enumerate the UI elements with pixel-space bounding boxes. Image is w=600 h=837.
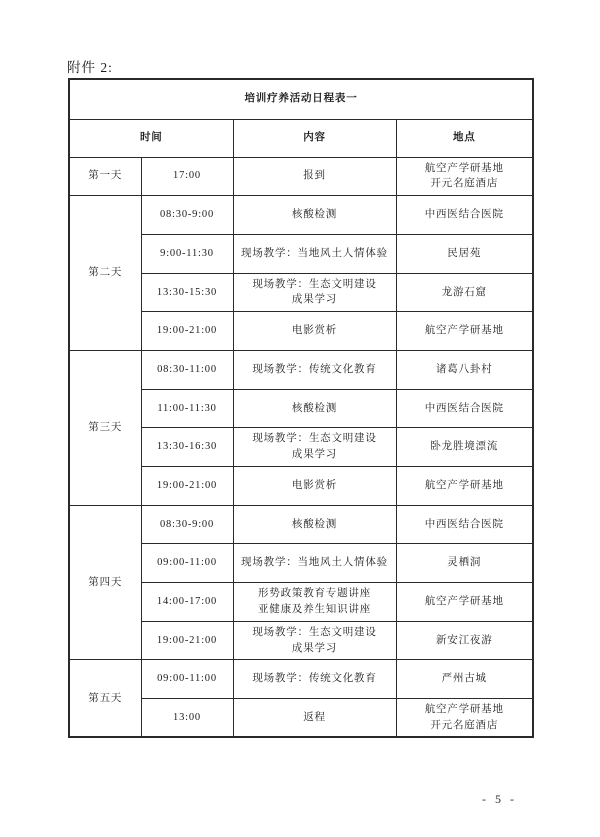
location-cell: 航空产学研基地 开元名庭酒店 <box>396 699 533 738</box>
time-cell: 08:30-11:00 <box>141 350 233 389</box>
content-cell: 现场教学：当地风土人情体验 <box>233 234 396 273</box>
time-cell: 9:00-11:30 <box>141 234 233 273</box>
content-cell: 返程 <box>233 699 396 738</box>
time-cell: 13:00 <box>141 699 233 738</box>
location-cell: 龙游石窟 <box>396 273 533 312</box>
content-cell: 报到 <box>233 157 396 196</box>
location-cell: 严州古城 <box>396 660 533 699</box>
content-cell: 核酸检测 <box>233 196 396 235</box>
content-cell: 现场教学：传统文化教育 <box>233 660 396 699</box>
table-header-row: 时间 内容 地点 <box>69 119 533 157</box>
content-cell: 形势政策教育专题讲座 亚健康及养生知识讲座 <box>233 583 396 622</box>
table-title: 培训疗养活动日程表一 <box>69 79 533 119</box>
content-cell: 现场教学：生态文明建设 成果学习 <box>233 273 396 312</box>
content-cell: 电影赏析 <box>233 467 396 506</box>
content-cell: 现场教学：当地风土人情体验 <box>233 544 396 583</box>
day-cell: 第四天 <box>69 505 141 660</box>
location-cell: 航空产学研基地 <box>396 467 533 506</box>
document-page: 附件 2: 培训疗养活动日程表一 时间 内容 地点 第一天 17:00 报到 航… <box>0 0 600 837</box>
time-cell: 17:00 <box>141 157 233 196</box>
table-title-row: 培训疗养活动日程表一 <box>69 79 533 119</box>
day-cell: 第二天 <box>69 196 141 351</box>
content-cell: 核酸检测 <box>233 505 396 544</box>
content-cell: 现场教学：生态文明建设 成果学习 <box>233 428 396 467</box>
table-row: 第二天 08:30-9:00 核酸检测 中西医结合医院 <box>69 196 533 235</box>
day-cell: 第一天 <box>69 157 141 196</box>
time-cell: 19:00-21:00 <box>141 312 233 351</box>
location-cell: 民居苑 <box>396 234 533 273</box>
location-cell: 航空产学研基地 <box>396 312 533 351</box>
time-cell: 08:30-9:00 <box>141 196 233 235</box>
attachment-label: 附件 2: <box>67 56 113 76</box>
location-cell: 灵栖洞 <box>396 544 533 583</box>
location-cell: 新安江夜游 <box>396 621 533 660</box>
content-cell: 现场教学：传统文化教育 <box>233 350 396 389</box>
time-cell: 13:30-15:30 <box>141 273 233 312</box>
location-cell: 中西医结合医院 <box>396 196 533 235</box>
day-cell: 第五天 <box>69 660 141 737</box>
table-row: 第一天 17:00 报到 航空产学研基地 开元名庭酒店 <box>69 157 533 196</box>
table-row: 第三天 08:30-11:00 现场教学：传统文化教育 诸葛八卦村 <box>69 350 533 389</box>
time-cell: 19:00-21:00 <box>141 621 233 660</box>
schedule-table: 培训疗养活动日程表一 时间 内容 地点 第一天 17:00 报到 航空产学研基地… <box>68 78 534 738</box>
location-cell: 中西医结合医院 <box>396 505 533 544</box>
content-cell: 电影赏析 <box>233 312 396 351</box>
table-row: 第四天 08:30-9:00 核酸检测 中西医结合医院 <box>69 505 533 544</box>
location-cell: 卧龙胜境漂流 <box>396 428 533 467</box>
location-cell: 中西医结合医院 <box>396 389 533 428</box>
time-cell: 08:30-9:00 <box>141 505 233 544</box>
time-cell: 13:30-16:30 <box>141 428 233 467</box>
day-cell: 第三天 <box>69 350 141 505</box>
header-time: 时间 <box>69 119 233 157</box>
location-cell: 航空产学研基地 开元名庭酒店 <box>396 157 533 196</box>
location-cell: 航空产学研基地 <box>396 583 533 622</box>
time-cell: 11:00-11:30 <box>141 389 233 428</box>
content-cell: 现场教学：生态文明建设 成果学习 <box>233 621 396 660</box>
time-cell: 14:00-17:00 <box>141 583 233 622</box>
content-cell: 核酸检测 <box>233 389 396 428</box>
location-cell: 诸葛八卦村 <box>396 350 533 389</box>
header-location: 地点 <box>396 119 533 157</box>
time-cell: 09:00-11:00 <box>141 660 233 699</box>
time-cell: 09:00-11:00 <box>141 544 233 583</box>
time-cell: 19:00-21:00 <box>141 467 233 506</box>
table-row: 第五天 09:00-11:00 现场教学：传统文化教育 严州古城 <box>69 660 533 699</box>
header-content: 内容 <box>233 119 396 157</box>
page-number: - 5 - <box>482 792 517 807</box>
